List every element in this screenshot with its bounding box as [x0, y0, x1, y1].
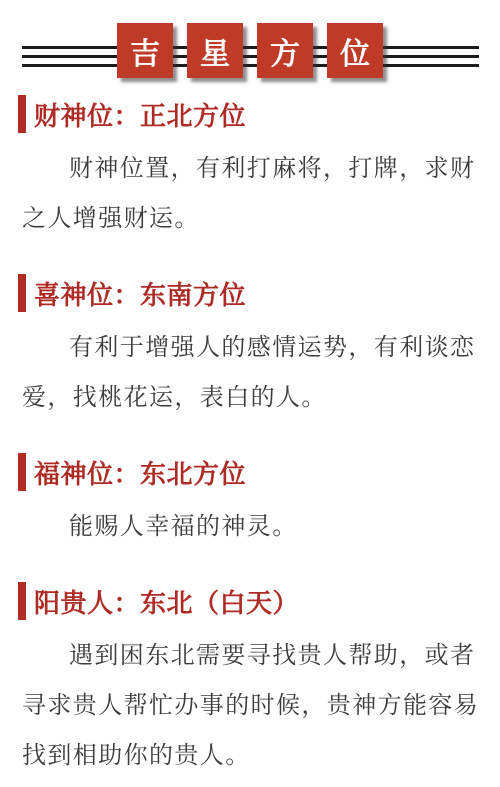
title-char: 位	[340, 29, 370, 73]
title-box-char-2: 星	[187, 23, 243, 78]
section-yang-benefactor: 阳贵人：东北（白天） 遇到困东北需要寻找贵人帮助，或者 寻求贵人帮忙办事的时候，…	[22, 582, 478, 781]
title-char: 星	[200, 29, 230, 73]
heading-accent-bar	[18, 95, 26, 133]
section-heading-text: 财神位：正北方位	[34, 96, 246, 133]
section-heading-text: 福神位：东北方位	[34, 454, 246, 491]
body-line: 找到相助你的贵人。	[22, 731, 478, 781]
section-paragraph: 遇到困东北需要寻找贵人帮助，或者 寻求贵人帮忙办事的时候，贵神方能容易 找到相助…	[22, 631, 478, 781]
body-line: 遇到困东北需要寻找贵人帮助，或者	[22, 631, 478, 681]
article-content: 财神位：正北方位 财神位置，有利打麻将，打牌，求财 之人增强财运。 喜神位：东南…	[0, 78, 500, 781]
section-paragraph: 有利于增强人的感情运势，有利谈恋 爱，找桃花运，表白的人。	[22, 323, 478, 423]
section-heading: 喜神位：东南方位	[18, 274, 478, 312]
section-paragraph: 财神位置，有利打麻将，打牌，求财 之人增强财运。	[22, 144, 478, 244]
body-line: 之人增强财运。	[22, 194, 478, 244]
body-line: 能赐人幸福的神灵。	[22, 502, 478, 552]
title-char: 方	[270, 29, 300, 73]
title-box-char-4: 位	[327, 23, 383, 78]
article-page: 吉 星 方 位 财神位：正北方位 财神位置，有利打麻将，打牌，求财 之人增强财运…	[0, 0, 500, 787]
body-line: 爱，找桃花运，表白的人。	[22, 373, 478, 423]
title-banner: 吉 星 方 位	[0, 0, 500, 78]
body-line: 财神位置，有利打麻将，打牌，求财	[22, 144, 478, 194]
heading-accent-bar	[18, 453, 26, 491]
section-heading: 财神位：正北方位	[18, 95, 478, 133]
title-boxes: 吉 星 方 位	[117, 23, 383, 78]
title-box-char-3: 方	[257, 23, 313, 78]
title-char: 吉	[130, 29, 160, 73]
section-heading-text: 喜神位：东南方位	[34, 275, 246, 312]
heading-accent-bar	[18, 274, 26, 312]
body-line: 寻求贵人帮忙办事的时候，贵神方能容易	[22, 681, 478, 731]
heading-accent-bar	[18, 582, 26, 620]
title-box-char-1: 吉	[117, 23, 173, 78]
section-paragraph: 能赐人幸福的神灵。	[22, 502, 478, 552]
section-fortune-god: 福神位：东北方位 能赐人幸福的神灵。	[22, 453, 478, 552]
section-heading: 福神位：东北方位	[18, 453, 478, 491]
section-wealth-god: 财神位：正北方位 财神位置，有利打麻将，打牌，求财 之人增强财运。	[22, 95, 478, 244]
body-line: 有利于增强人的感情运势，有利谈恋	[22, 323, 478, 373]
section-heading-text: 阳贵人：东北（白天）	[34, 583, 299, 620]
section-joy-god: 喜神位：东南方位 有利于增强人的感情运势，有利谈恋 爱，找桃花运，表白的人。	[22, 274, 478, 423]
section-heading: 阳贵人：东北（白天）	[18, 582, 478, 620]
